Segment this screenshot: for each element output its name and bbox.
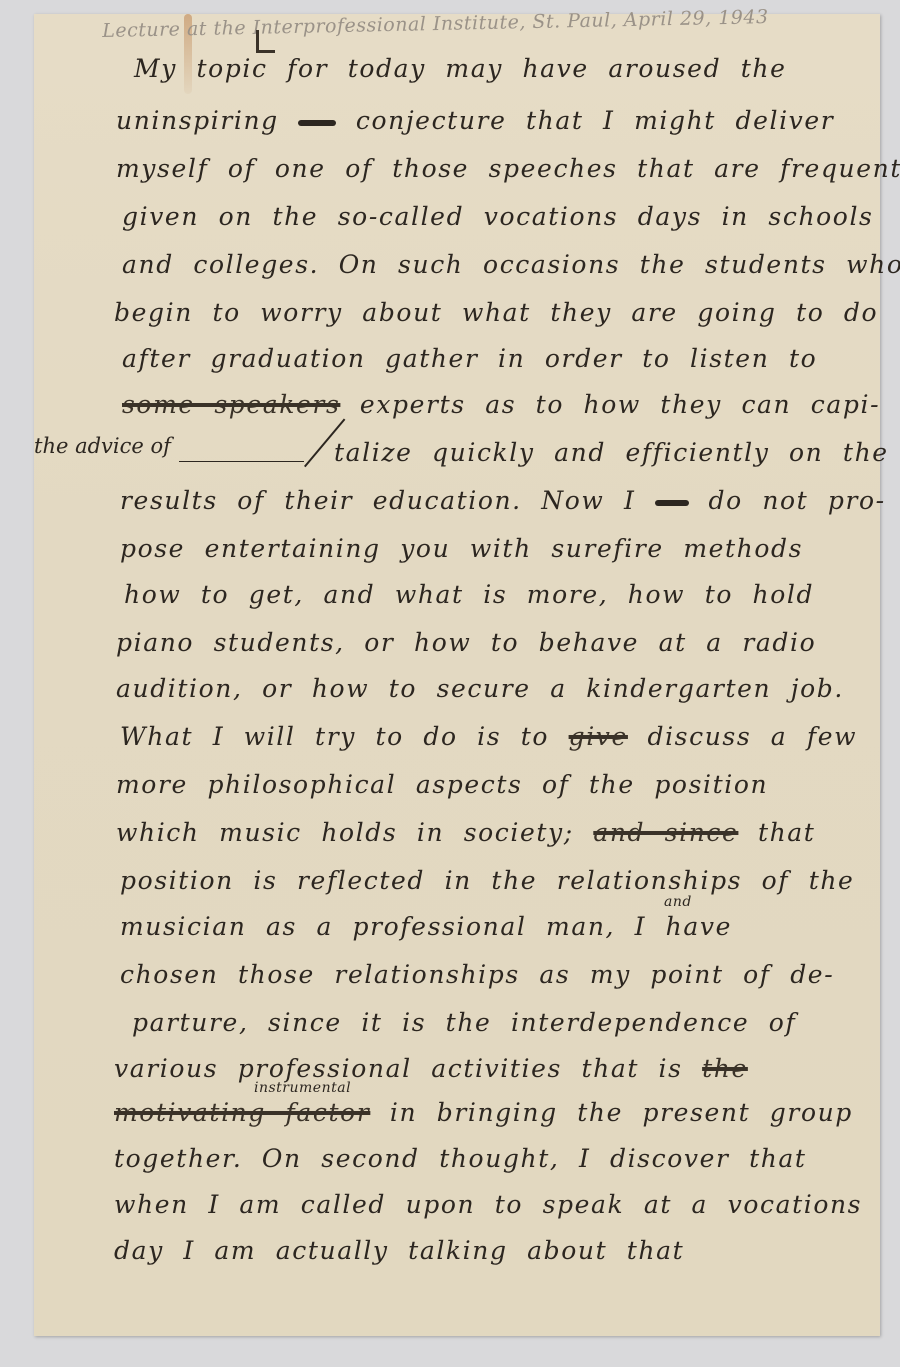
manuscript-body-lower xyxy=(34,14,880,1336)
